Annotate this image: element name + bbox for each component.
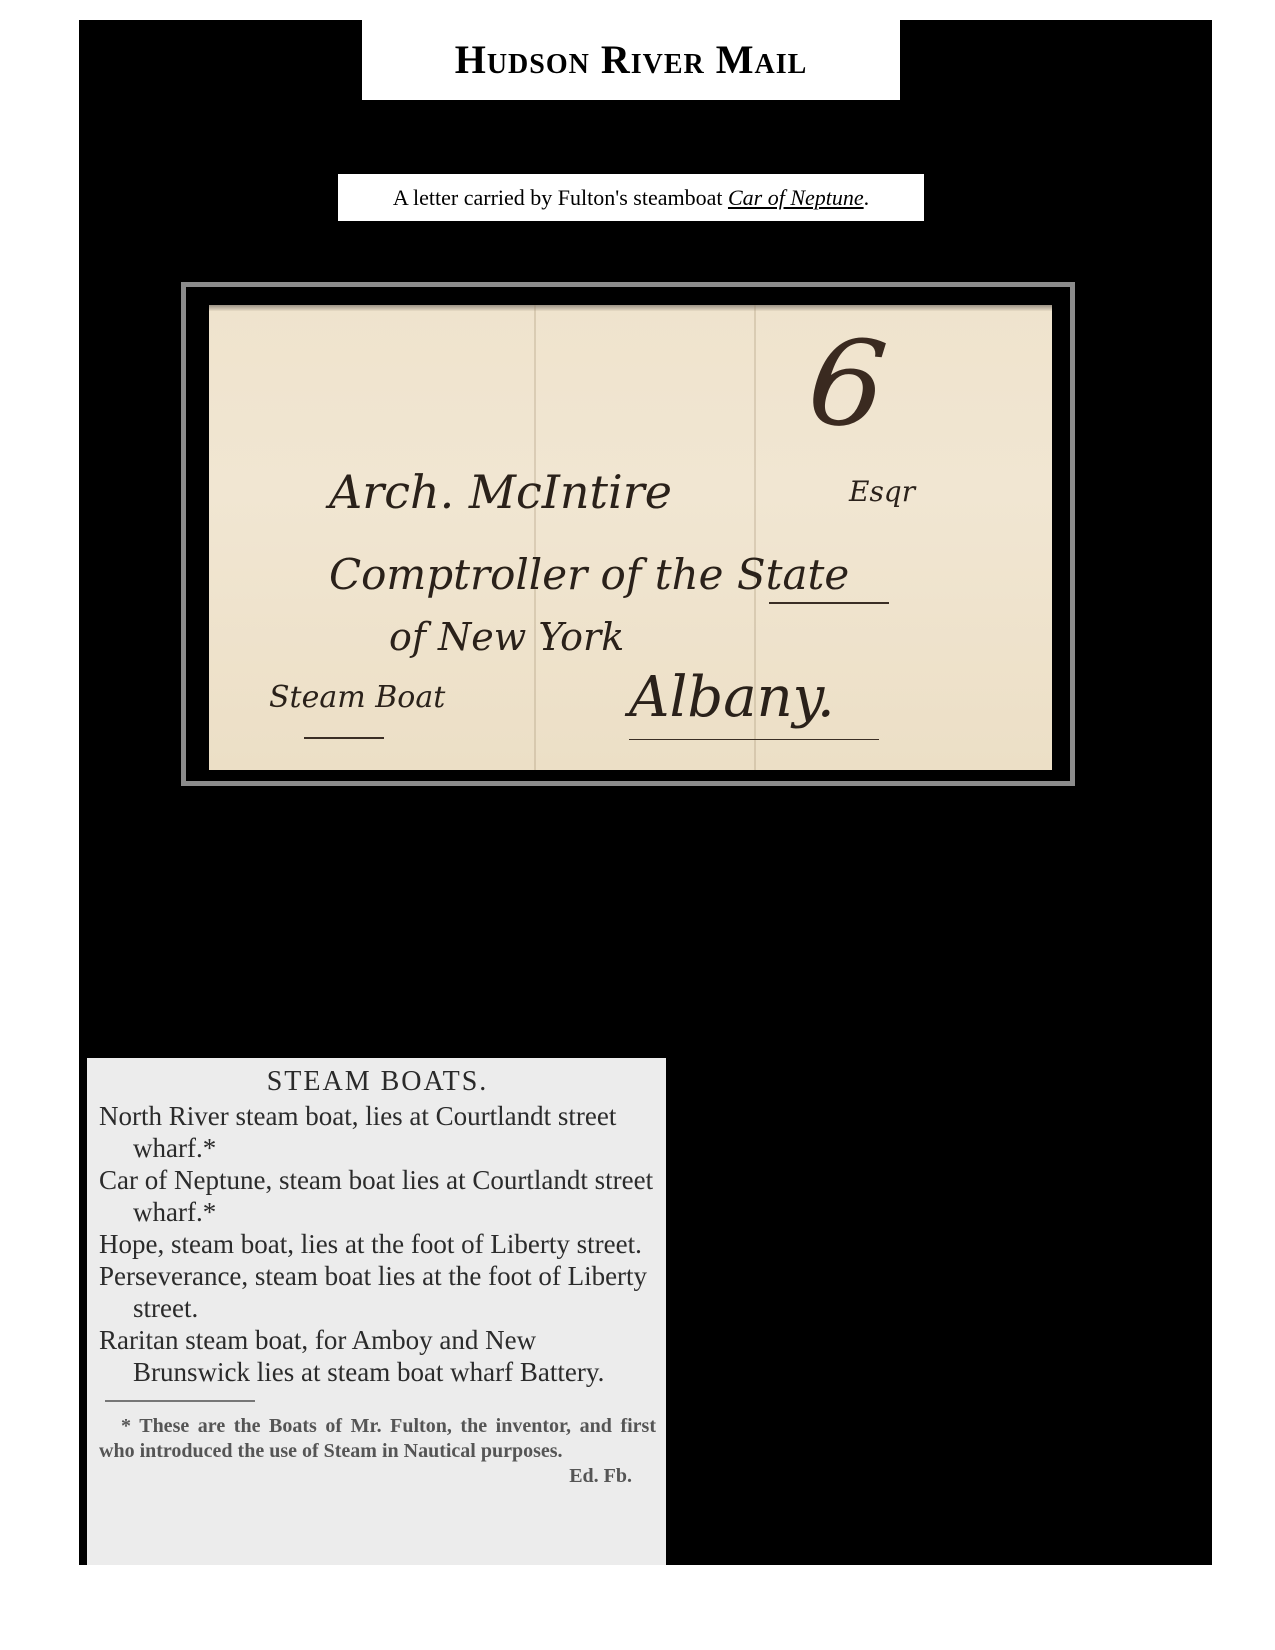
steamboat-endorsement: Steam Boat: [269, 680, 445, 715]
destination: Albany.: [629, 665, 835, 730]
destination-underline: [629, 739, 879, 740]
footnote-signature: Ed. Fb.: [547, 1464, 632, 1489]
footnote-text: * These are the Boats of Mr. Fulton, the…: [99, 1415, 656, 1462]
addressee-name: Arch. McIntire: [329, 465, 672, 519]
clipping-divider: [105, 1400, 255, 1402]
title-box: Hudson River Mail: [362, 20, 900, 100]
addressee-state: of New York: [389, 615, 624, 659]
letter-cover-image: 6 Arch. McIntire Esqr Comptroller of the…: [209, 305, 1052, 770]
flourish-line: [769, 602, 889, 604]
clipping-item: Raritan steam boat, for Amboy and New Br…: [99, 1324, 656, 1388]
newspaper-clipping: STEAM BOATS. North River steam boat, lie…: [87, 1058, 666, 1565]
letter-fold-line: [534, 305, 536, 770]
clipping-footnote: * These are the Boats of Mr. Fulton, the…: [99, 1414, 656, 1464]
caption-vessel-name: Car of Neptune: [728, 185, 864, 210]
clipping-item: Hope, steam boat, lies at the foot of Li…: [99, 1228, 656, 1260]
clipping-heading: STEAM BOATS.: [99, 1066, 656, 1098]
addressee-title: Comptroller of the State: [329, 550, 849, 599]
letter-top-edge: [209, 305, 1052, 311]
caption-box: A letter carried by Fulton's steamboat C…: [338, 174, 924, 221]
caption-prefix: A letter carried by Fulton's steamboat: [393, 185, 728, 210]
caption: A letter carried by Fulton's steamboat C…: [393, 185, 869, 211]
clipping-item: Car of Neptune, steam boat lies at Court…: [99, 1164, 656, 1228]
page-title: Hudson River Mail: [455, 40, 808, 80]
caption-suffix: .: [864, 185, 870, 210]
addressee-honorific: Esqr: [849, 475, 915, 508]
clipping-item: North River steam boat, lies at Courtlan…: [99, 1100, 656, 1164]
clipping-item: Perseverance, steam boat lies at the foo…: [99, 1260, 656, 1324]
endorsement-underline: [304, 737, 384, 739]
rate-marking: 6: [802, 311, 892, 457]
